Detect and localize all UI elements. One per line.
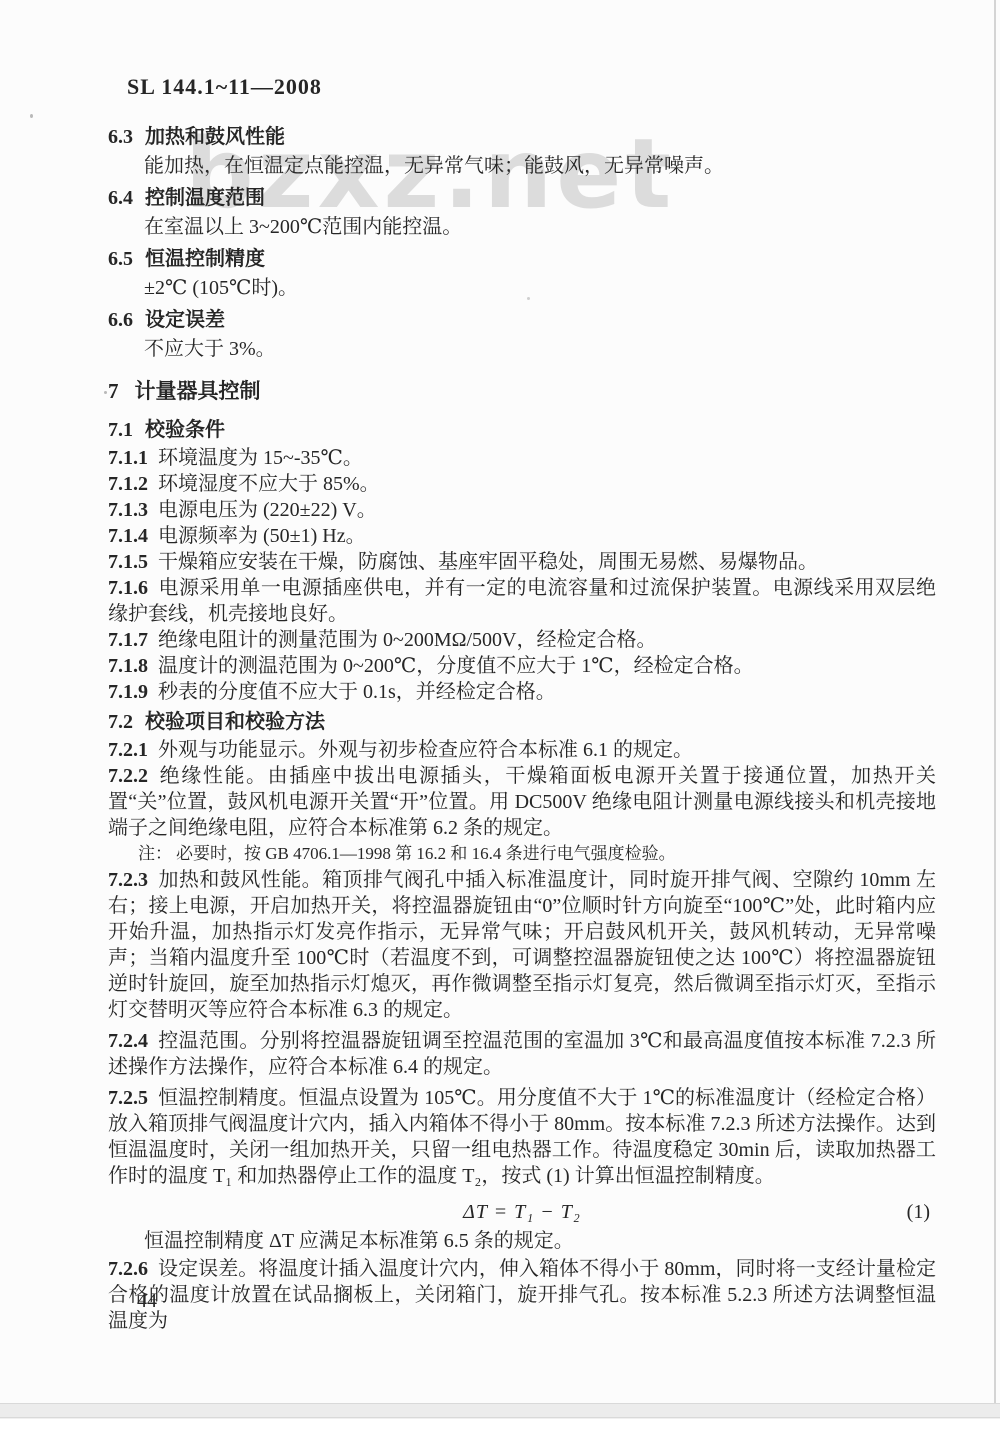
- clause-text: 设定误差。将温度计插入温度计穴内，伸入箱体不得小于 80mm，同时将一支经计量检…: [108, 1258, 936, 1332]
- standard-code-header: SL 144.1~11—2008: [127, 74, 322, 100]
- clause-text: 秒表的分度值不应大于 0.1s，并经检定合格。: [158, 681, 556, 703]
- clause-number: 7.1.7: [108, 629, 148, 651]
- clause-text: 绝缘性能。由插座中拔出电源插头，干燥箱面板电源开关置于接通位置，加热开关置“关”…: [108, 765, 936, 839]
- clause-number: 7.1.3: [108, 499, 148, 521]
- clause-paragraph: 7.1.9秒表的分度值不应大于 0.1s，并经检定合格。: [108, 679, 936, 705]
- formula-expression: ΔT = T₁ − T₂: [463, 1201, 581, 1223]
- note-label: 注：: [138, 844, 172, 863]
- clause-heading-number: 6.4: [108, 187, 133, 209]
- clause-heading: 6.3加热和鼓风性能: [108, 123, 936, 152]
- clause-text: 电源电压为 (220±22) V。: [158, 499, 377, 521]
- scanned-page: bzxz.net SL 144.1~11—2008 6.3加热和鼓风性能能加热，…: [0, 0, 1000, 1431]
- chapter-number: 7: [108, 379, 119, 403]
- clause-text: 恒温控制精度。恒温点设置为 105℃。用分度值不大于 1℃的标准温度计（经检定合…: [108, 1087, 936, 1187]
- scan-speck: [104, 391, 107, 394]
- clause-paragraph: 7.1.3电源电压为 (220±22) V。: [108, 497, 936, 523]
- note-paragraph: 注：必要时，按 GB 4706.1—1998 第 16.2 和 16.4 条进行…: [108, 841, 936, 867]
- clause-heading-title: 校验条件: [145, 419, 225, 441]
- clause-paragraph: 7.2.3加热和鼓风性能。箱顶排气阀孔中插入标准温度计，同时旋开排气阀、空隙约 …: [108, 867, 936, 1023]
- clause-text: 电源频率为 (50±1) Hz。: [158, 525, 366, 547]
- clause-text: 控温范围。分别将控温器旋钮调至控温范围的室温加 3℃和最高温度值按本标准 7.2…: [108, 1030, 936, 1078]
- clause-heading: 7.2校验项目和校验方法: [108, 708, 936, 737]
- clause-heading-number: 7.2: [108, 711, 133, 733]
- body-paragraph: 在室温以上 3~200℃范围内能控温。: [108, 213, 936, 242]
- clause-heading: 7.1校验条件: [108, 416, 936, 445]
- clause-text: 绝缘电阻计的测量范围为 0~200MΩ/500V，经检定合格。: [158, 629, 656, 651]
- clause-text: 环境温度为 15~-35℃。: [158, 447, 363, 469]
- clause-text: 干燥箱应安装在干燥，防腐蚀、基座牢固平稳处，周围无易燃、易爆物品。: [158, 551, 818, 573]
- clause-text: 环境湿度不应大于 85%。: [158, 473, 380, 495]
- clause-number: 7.2.5: [108, 1087, 148, 1109]
- clause-paragraph: 7.2.5恒温控制精度。恒温点设置为 105℃。用分度值不大于 1℃的标准温度计…: [108, 1085, 936, 1189]
- chapter-title: 计量器具控制: [135, 379, 261, 403]
- clause-paragraph: 7.2.1外观与功能显示。外观与初步检查应符合本标准 6.1 的规定。: [108, 737, 936, 763]
- clause-number: 7.2.6: [108, 1258, 148, 1280]
- clause-paragraph: 7.2.4控温范围。分别将控温器旋钮调至控温范围的室温加 3℃和最高温度值按本标…: [108, 1028, 936, 1080]
- clause-number: 7.1.8: [108, 655, 148, 677]
- equation-number: (1): [907, 1197, 930, 1227]
- clause-paragraph: 7.1.2环境湿度不应大于 85%。: [108, 471, 936, 497]
- clause-paragraph: 7.1.1环境温度为 15~-35℃。: [108, 445, 936, 471]
- clause-number: 7.2.4: [108, 1030, 148, 1052]
- clause-heading-title: 设定误差: [145, 309, 225, 331]
- page-bottom-bar: [0, 1403, 1000, 1418]
- clause-heading-number: 6.5: [108, 248, 133, 270]
- scan-speck: [30, 114, 33, 118]
- clause-number: 7.2.2: [108, 765, 148, 787]
- clause-number: 7.1.9: [108, 681, 148, 703]
- chapter-heading: 7计量器具控制: [108, 376, 936, 406]
- clause-paragraph: 7.1.6电源采用单一电源插座供电，并有一定的电流容量和过流保护装置。电源线采用…: [108, 575, 936, 627]
- clause-heading-title: 加热和鼓风性能: [145, 126, 285, 148]
- clause-number: 7.1.2: [108, 473, 148, 495]
- body-paragraph: 恒温控制精度 ΔT 应满足本标准第 6.5 条的规定。: [108, 1227, 936, 1256]
- clause-heading: 6.5恒温控制精度: [108, 245, 936, 274]
- clause-paragraph: 7.1.7绝缘电阻计的测量范围为 0~200MΩ/500V，经检定合格。: [108, 627, 936, 653]
- note-text: 必要时，按 GB 4706.1—1998 第 16.2 和 16.4 条进行电气…: [176, 844, 676, 863]
- page-right-edge-line: [994, 0, 996, 1404]
- clause-number: 7.1.1: [108, 447, 148, 469]
- body-paragraph: 不应大于 3%。: [108, 335, 936, 364]
- clause-heading-number: 6.3: [108, 126, 133, 148]
- clause-paragraph: 7.2.2绝缘性能。由插座中拔出电源插头，干燥箱面板电源开关置于接通位置，加热开…: [108, 763, 936, 841]
- clause-text: 温度计的测温范围为 0~200℃，分度值不应大于 1℃，经检定合格。: [158, 655, 754, 677]
- formula-row: ΔT = T₁ − T₂(1): [108, 1197, 936, 1227]
- clause-text: 加热和鼓风性能。箱顶排气阀孔中插入标准温度计，同时旋开排气阀、空隙约 10mm …: [108, 869, 936, 1021]
- clause-paragraph: 7.2.6设定误差。将温度计插入温度计穴内，伸入箱体不得小于 80mm，同时将一…: [108, 1256, 936, 1334]
- page-number: 44: [137, 1290, 157, 1313]
- clause-paragraph: 7.1.8温度计的测温范围为 0~200℃，分度值不应大于 1℃，经检定合格。: [108, 653, 936, 679]
- clause-heading: 6.6设定误差: [108, 306, 936, 335]
- clause-heading-title: 校验项目和校验方法: [145, 711, 325, 733]
- clause-number: 7.2.1: [108, 739, 148, 761]
- clause-heading-number: 7.1: [108, 419, 133, 441]
- clause-heading-title: 控制温度范围: [145, 187, 265, 209]
- page-bottom-margin: [0, 1418, 1000, 1431]
- body-paragraph: ±2℃ (105℃时)。: [108, 274, 936, 303]
- clause-text: 电源采用单一电源插座供电，并有一定的电流容量和过流保护装置。电源线采用双层绝缘护…: [108, 577, 936, 625]
- clause-text: 外观与功能显示。外观与初步检查应符合本标准 6.1 的规定。: [158, 739, 693, 761]
- clause-number: 7.1.5: [108, 551, 148, 573]
- clause-heading: 6.4控制温度范围: [108, 184, 936, 213]
- clause-paragraph: 7.1.4电源频率为 (50±1) Hz。: [108, 523, 936, 549]
- clause-number: 7.1.6: [108, 577, 148, 599]
- body-paragraph: 能加热，在恒温定点能控温，无异常气味；能鼓风，无异常噪声。: [108, 152, 936, 181]
- clause-heading-title: 恒温控制精度: [145, 248, 265, 270]
- clause-number: 7.2.3: [108, 869, 148, 891]
- clause-paragraph: 7.1.5干燥箱应安装在干燥，防腐蚀、基座牢固平稳处，周围无易燃、易爆物品。: [108, 549, 936, 575]
- document-content: 6.3加热和鼓风性能能加热，在恒温定点能控温，无异常气味；能鼓风，无异常噪声。6…: [108, 120, 936, 1334]
- clause-number: 7.1.4: [108, 525, 148, 547]
- clause-heading-number: 6.6: [108, 309, 133, 331]
